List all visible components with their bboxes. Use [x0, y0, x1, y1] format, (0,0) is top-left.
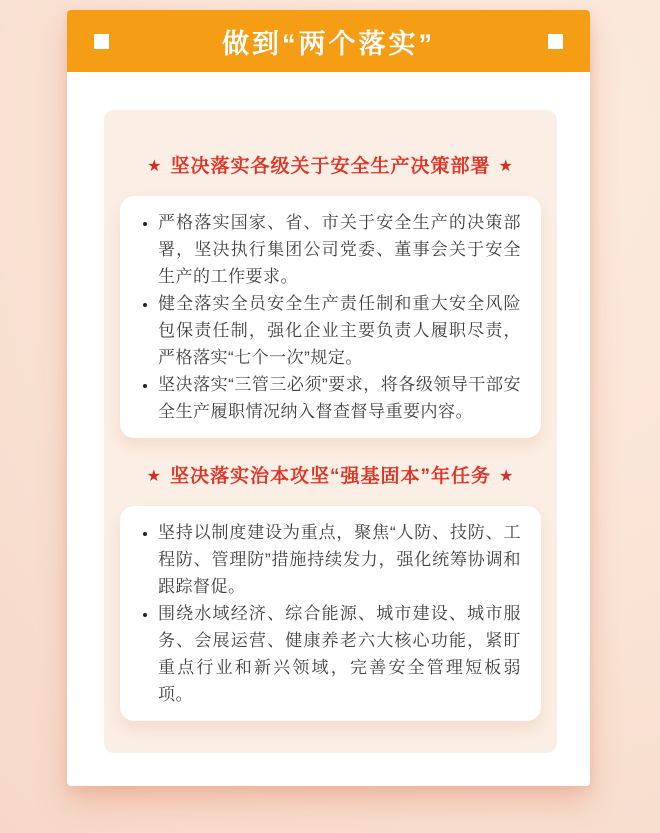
bullet-item: 严格落实国家、省、市关于安全生产的决策部署，坚决执行集团公司党委、董事会关于安全…: [158, 209, 521, 290]
section-title-text: 坚决落实各级关于安全生产决策部署: [170, 156, 490, 177]
bullet-item: 健全落实全员安全生产责任制和重大安全风险包保责任制，强化企业主要负责人履职尽责，…: [158, 290, 521, 371]
section-title-decisions: ★坚决落实各级关于安全生产决策部署★: [120, 110, 541, 180]
star-icon: ★: [147, 468, 162, 485]
star-icon: ★: [499, 468, 514, 485]
star-icon: ★: [147, 158, 162, 175]
poster-header: 做到“两个落实”: [67, 10, 590, 72]
bullet-list: 严格落实国家、省、市关于安全生产的决策部署，坚决执行集团公司党委、董事会关于安全…: [136, 209, 521, 425]
bullet-list: 坚持以制度建设为重点，聚焦“人防、技防、工程防、管理防”措施持续发力，强化统筹协…: [136, 519, 521, 708]
section-title-tasks: ★坚决落实治本攻坚“强基固本”年任务★: [120, 438, 541, 490]
square-decoration-left-icon: [94, 34, 109, 49]
content-panel: ★坚决落实各级关于安全生产决策部署★ 严格落实国家、省、市关于安全生产的决策部署…: [104, 110, 557, 753]
section-title-text: 坚决落实治本攻坚“强基固本”年任务: [170, 466, 491, 487]
bullet-item: 坚决落实“三管三必须”要求，将各级领导干部安全生产履职情况纳入督查督导重要内容。: [158, 371, 521, 425]
poster-title: 做到“两个落实”: [222, 22, 435, 61]
section-body-decisions: 严格落实国家、省、市关于安全生产的决策部署，坚决执行集团公司党委、董事会关于安全…: [120, 196, 541, 438]
bullet-item: 坚持以制度建设为重点，聚焦“人防、技防、工程防、管理防”措施持续发力，强化统筹协…: [158, 519, 521, 600]
star-icon: ★: [499, 158, 514, 175]
section-body-tasks: 坚持以制度建设为重点，聚焦“人防、技防、工程防、管理防”措施持续发力，强化统筹协…: [120, 506, 541, 721]
square-decoration-right-icon: [548, 34, 563, 49]
page-background: { "theme": { "header_orange": "#F49D15",…: [0, 0, 660, 833]
bullet-item: 围绕水域经济、综合能源、城市建设、城市服务、会展运营、健康养老六大核心功能，紧盯…: [158, 600, 521, 708]
poster-card: 做到“两个落实” ★坚决落实各级关于安全生产决策部署★ 严格落实国家、省、市关于…: [67, 10, 590, 786]
